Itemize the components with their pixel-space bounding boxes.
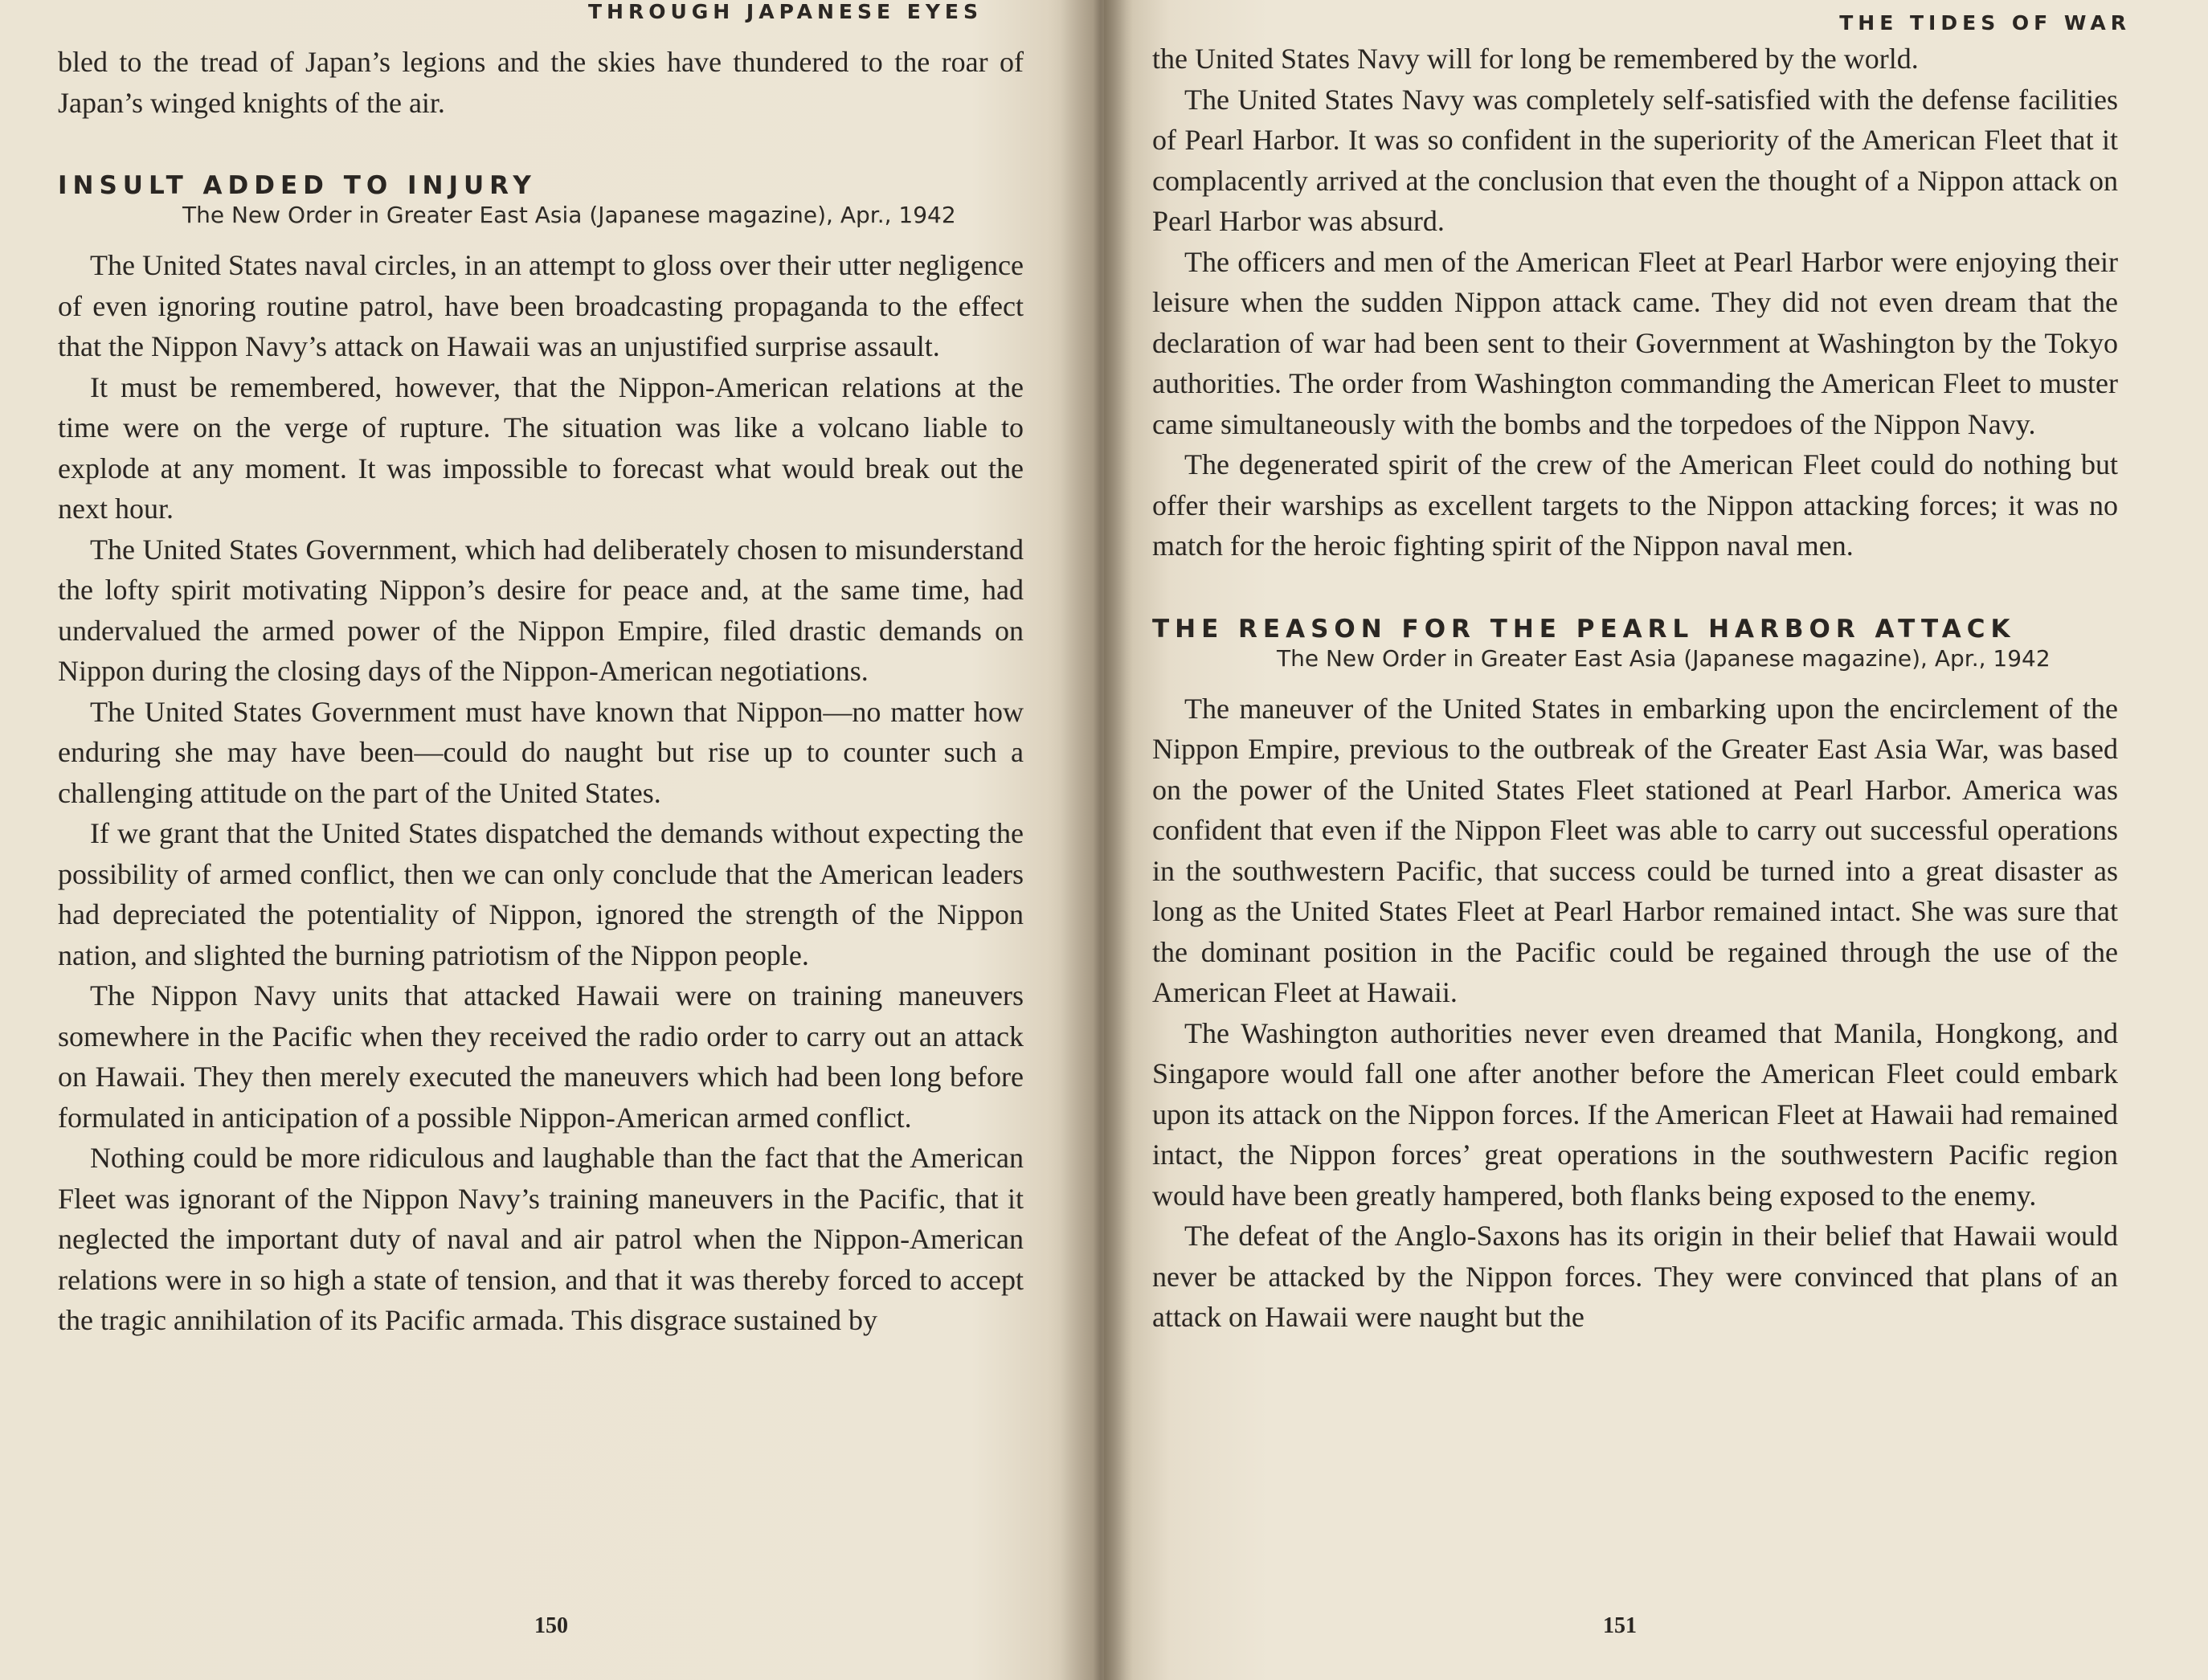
right-page: THE TIDES OF WAR the United States Navy …	[1104, 0, 2208, 1680]
paragraph: The degenerated spirit of the crew of th…	[1152, 444, 2118, 566]
left-page-body: bled to the tread of Japan’s legions and…	[58, 42, 1024, 1341]
running-head-right: THE TIDES OF WAR	[1839, 11, 2131, 35]
paragraph: It must be remembered, however, that the…	[58, 367, 1024, 529]
paragraph: The United States Government must have k…	[58, 692, 1024, 814]
section-source: The New Order in Greater East Asia (Japa…	[182, 202, 1024, 229]
right-page-body: the United States Navy will for long be …	[1152, 39, 2118, 1338]
paragraph: The defeat of the Anglo-Saxons has its o…	[1152, 1216, 2118, 1338]
section-title: INSULT ADDED TO INJURY	[58, 170, 1024, 202]
continued-paragraph: the United States Navy will for long be …	[1152, 39, 2118, 80]
book-spread: THROUGH JAPANESE EYES bled to the tread …	[0, 0, 2208, 1680]
paragraph: The Washington authorities never even dr…	[1152, 1013, 2118, 1216]
section-source: The New Order in Greater East Asia (Japa…	[1277, 645, 2118, 672]
paragraph: The United States Navy was completely se…	[1152, 80, 2118, 242]
opening-paragraph: bled to the tread of Japan’s legions and…	[58, 42, 1024, 123]
paragraph: If we grant that the United States dispa…	[58, 813, 1024, 975]
section-title: THE REASON FOR THE PEARL HARBOR ATTACK	[1152, 613, 2118, 645]
paragraph: The maneuver of the United States in emb…	[1152, 689, 2118, 1013]
page-number-left: 150	[534, 1613, 568, 1639]
running-head-left: THROUGH JAPANESE EYES	[588, 0, 983, 23]
page-number-right: 151	[1603, 1613, 1637, 1639]
paragraph: The Nippon Navy units that attacked Hawa…	[58, 975, 1024, 1138]
left-page: THROUGH JAPANESE EYES bled to the tread …	[0, 0, 1104, 1680]
paragraph: The United States Government, which had …	[58, 529, 1024, 692]
paragraph: The United States naval circles, in an a…	[58, 245, 1024, 367]
paragraph: The officers and men of the American Fle…	[1152, 242, 2118, 445]
paragraph: Nothing could be more ridiculous and lau…	[58, 1138, 1024, 1341]
